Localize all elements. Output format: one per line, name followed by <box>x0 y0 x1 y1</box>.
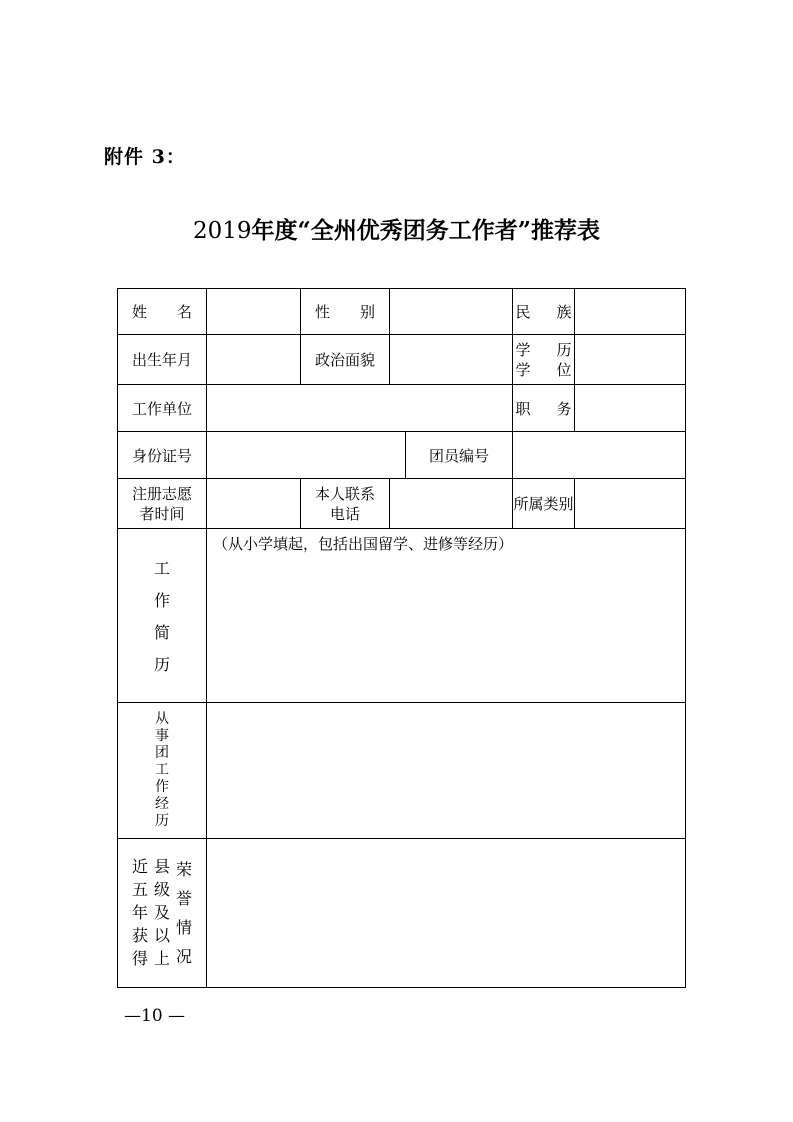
id-label: 身份证号 <box>118 432 207 479</box>
row-league-work: 从 事 团 工 作 经 历 <box>118 703 686 839</box>
label-char: 务 <box>557 398 572 419</box>
row-honors: 近 五 年 获 得 县 级 及 以 上 荣 誉 情 况 <box>118 839 686 988</box>
label-char: 荣 <box>176 855 192 884</box>
political-field[interactable] <box>390 335 513 385</box>
label-line: 注册志愿 <box>118 484 206 504</box>
row-basic-3: 工作单位 职务 <box>118 385 686 432</box>
label-char: 作 <box>155 779 169 796</box>
label-char: 名 <box>177 301 192 322</box>
label-char: 况 <box>176 942 192 971</box>
name-label-cell: 姓名 <box>118 289 207 335</box>
league-work-label-cell: 从 事 团 工 作 经 历 <box>118 703 207 839</box>
label-char: 简 <box>154 620 170 643</box>
gender-label-cell: 性别 <box>301 289 390 335</box>
row-resume: 工 作 简 历 （从小学填起，包括出国留学、进修等经历） <box>118 529 686 703</box>
honors-field[interactable] <box>207 839 686 988</box>
label-char: 获 <box>132 924 148 947</box>
label-char: 学 <box>515 360 530 380</box>
label-line: 者时间 <box>118 504 206 524</box>
label-char: 以 <box>154 924 170 947</box>
row-basic-2: 出生年月 政治面貌 学历 学位 <box>118 335 686 385</box>
recommendation-form-table: 姓名 性别 民族 出生年月 政治面貌 学历 学位 工作单位 职务 身份证号 团员… <box>117 288 686 988</box>
label-char: 上 <box>154 947 170 970</box>
label-char: 及 <box>154 901 170 924</box>
label-char: 作 <box>154 588 170 611</box>
label-char: 团 <box>155 745 169 762</box>
label-char: 职 <box>515 398 530 419</box>
political-label: 政治面貌 <box>301 335 390 385</box>
education-field[interactable] <box>575 335 686 385</box>
label-line: 电话 <box>301 504 389 524</box>
label-char: 年 <box>132 901 148 924</box>
label-char: 事 <box>155 728 169 745</box>
title-text: 年度“全州优秀团务工作者”推荐表 <box>252 217 600 244</box>
phone-field[interactable] <box>390 479 513 529</box>
label-line: 本人联系 <box>301 484 389 504</box>
member-no-field[interactable] <box>513 432 686 479</box>
position-field[interactable] <box>575 385 686 432</box>
position-label-cell: 职务 <box>513 385 575 432</box>
volunteer-label-cell: 注册志愿者时间 <box>118 479 207 529</box>
label-char: 得 <box>132 947 148 970</box>
row-basic-1: 姓名 性别 民族 <box>118 289 686 335</box>
row-basic-4: 身份证号 团员编号 <box>118 432 686 479</box>
education-label-cell: 学历 学位 <box>513 335 575 385</box>
label-char: 誉 <box>176 884 192 913</box>
label-char: 历 <box>557 340 572 360</box>
label-char: 工 <box>155 762 169 779</box>
label-char: 经 <box>155 796 169 813</box>
resume-field[interactable]: （从小学填起，包括出国留学、进修等经历） <box>207 529 686 703</box>
label-char: 级 <box>154 878 170 901</box>
resume-hint: （从小学填起，包括出国留学、进修等经历） <box>213 535 513 553</box>
label-char: 近 <box>132 855 148 878</box>
label-char: 别 <box>360 301 375 322</box>
label-char: 历 <box>154 652 170 675</box>
label-char: 民 <box>515 301 530 322</box>
member-no-label: 团员编号 <box>406 432 513 479</box>
category-label: 所属类别 <box>513 479 575 529</box>
label-char: 学 <box>515 340 530 360</box>
ethnicity-field[interactable] <box>575 289 686 335</box>
gender-field[interactable] <box>390 289 513 335</box>
birth-label: 出生年月 <box>118 335 207 385</box>
honors-label-cell: 近 五 年 获 得 县 级 及 以 上 荣 誉 情 况 <box>118 839 207 988</box>
attachment-label: 附件 3： <box>104 142 186 169</box>
label-char: 位 <box>557 360 572 380</box>
name-field[interactable] <box>207 289 301 335</box>
label-char: 历 <box>155 813 169 830</box>
label-char: 族 <box>557 301 572 322</box>
ethnicity-label-cell: 民族 <box>513 289 575 335</box>
label-char: 县 <box>154 855 170 878</box>
label-char: 从 <box>155 711 169 728</box>
form-title: 2019年度“全州优秀团务工作者”推荐表 <box>0 212 793 245</box>
label-char: 五 <box>132 878 148 901</box>
label-char: 性 <box>315 301 330 322</box>
label-char: 姓 <box>132 301 147 322</box>
work-unit-field[interactable] <box>207 385 513 432</box>
label-char: 工 <box>154 556 170 579</box>
phone-label-cell: 本人联系电话 <box>301 479 390 529</box>
resume-label-cell: 工 作 简 历 <box>118 529 207 703</box>
volunteer-field[interactable] <box>207 479 301 529</box>
work-unit-label: 工作单位 <box>118 385 207 432</box>
birth-field[interactable] <box>207 335 301 385</box>
category-field[interactable] <box>575 479 686 529</box>
title-year: 2019 <box>193 218 252 244</box>
league-work-field[interactable] <box>207 703 686 839</box>
row-basic-5: 注册志愿者时间 本人联系电话 所属类别 <box>118 479 686 529</box>
label-char: 情 <box>176 913 192 942</box>
id-field[interactable] <box>207 432 406 479</box>
page-number: —10 — <box>124 1006 185 1026</box>
